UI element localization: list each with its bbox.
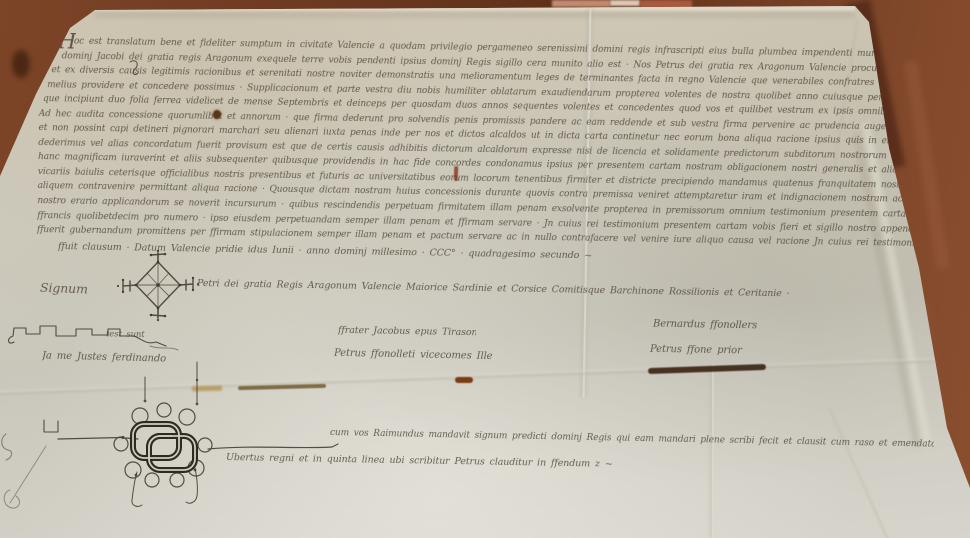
fold-crease-diagonal-bottomright [828, 406, 891, 538]
witness-right-line2: Petrus ffone prior [650, 344, 790, 357]
parchment-top-edge-shadow [95, 12, 855, 18]
royal-signum-cross-icon [116, 250, 200, 326]
signum-label: Signum [40, 280, 112, 298]
witness-center-line2: Petrus ffonolleti vicecomes Ille [334, 348, 549, 364]
witness-right-line1: Bernardus ffonollers [653, 319, 823, 333]
tile-top-strip-red [640, 0, 692, 8]
closing-line-1: cum vos Raimundus mandavit signum predic… [330, 428, 934, 450]
brown-blot-center [455, 377, 473, 383]
parchment-top-edge-highlight [95, 6, 855, 11]
notarial-flourish-assembly [0, 320, 360, 538]
parchment-sheet: H oc est translatum bene et fideliter su… [0, 0, 970, 538]
royal-title-line: Petri dei gratia Regis Aragonum Valencie… [197, 278, 911, 301]
crease-slit-dark-right [648, 364, 766, 374]
charter-text-block: H oc est translatum bene et fideliter su… [37, 34, 922, 264]
photo-of-parchment-charter: H oc est translatum bene et fideliter su… [0, 0, 970, 538]
tile-top-strip-pink [552, 0, 610, 7]
tile-grout-blob [12, 50, 30, 78]
castellated-paraph-icon [9, 326, 166, 346]
fold-crease-vertical-2 [712, 364, 714, 538]
yellow-stain-left-edge [2, 82, 20, 114]
tile-top-strip-white [610, 0, 640, 6]
